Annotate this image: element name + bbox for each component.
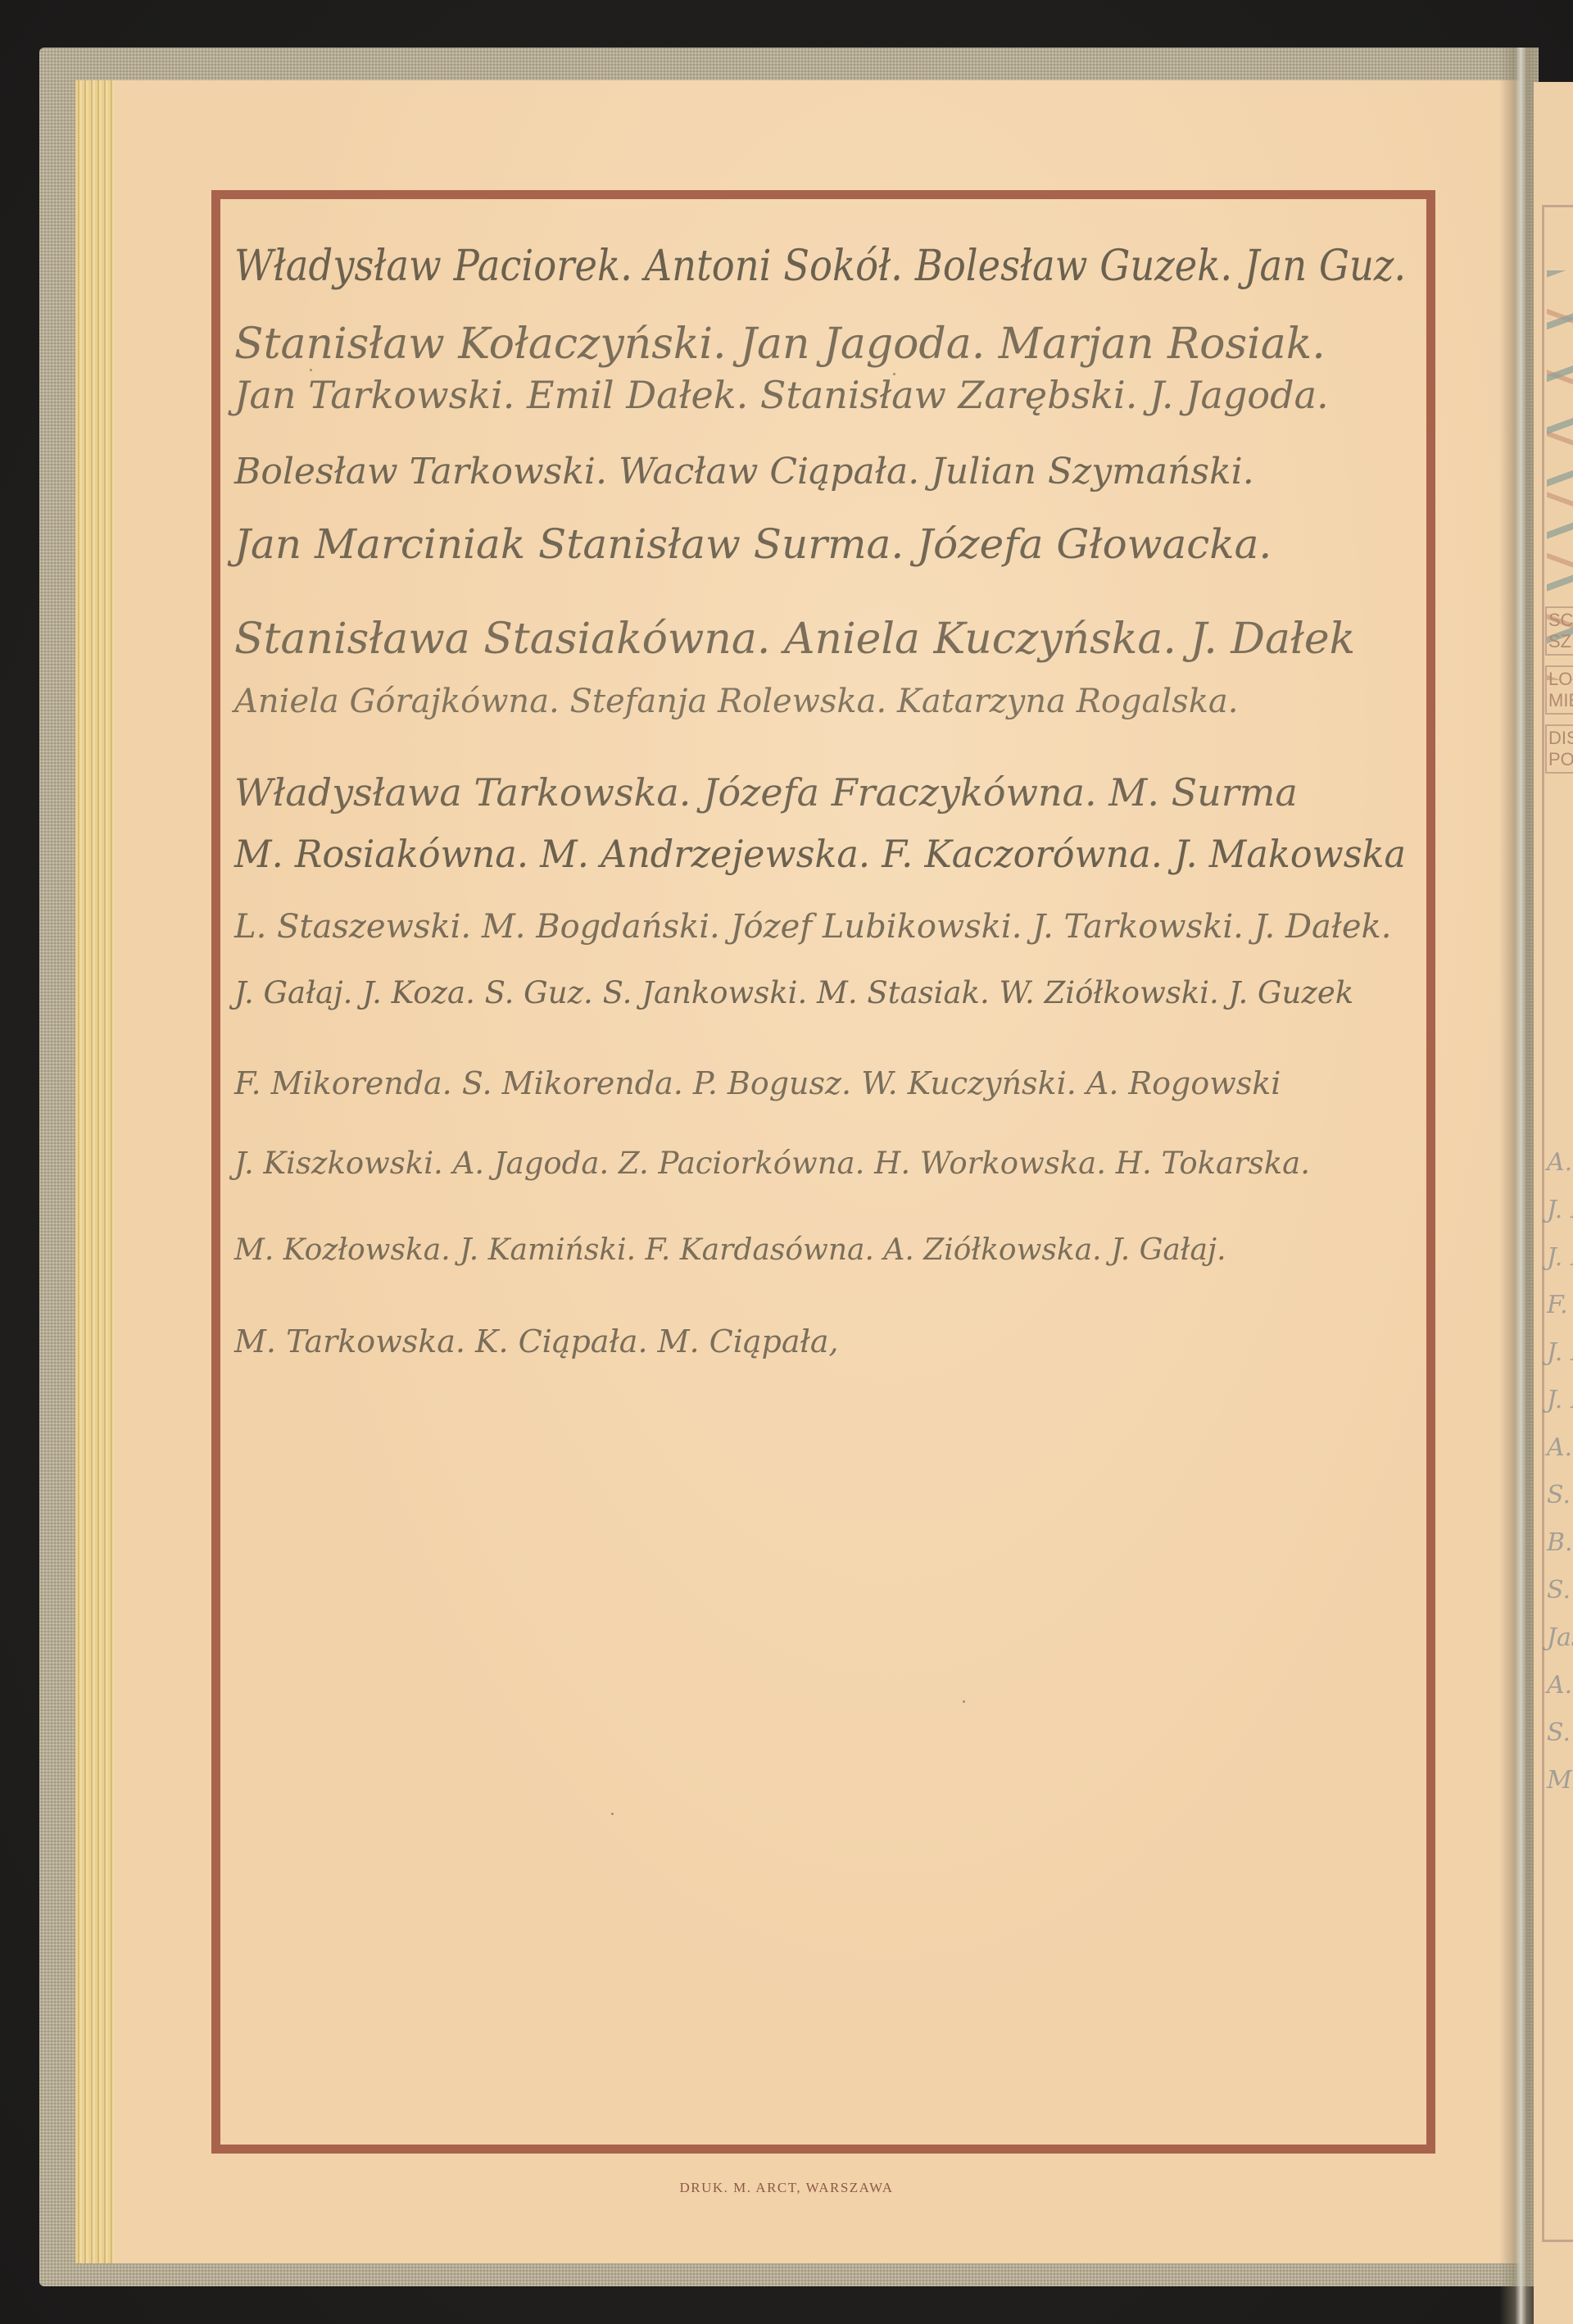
handwritten-line: Stanisław Kołaczyński. Jan Jagoda. Marja… [234, 320, 1326, 369]
facing-handwriting-fragment: J. Dy [1547, 1234, 1573, 1282]
paper-fleck [963, 1700, 965, 1703]
handwritten-line: L. Staszewski. M. Bogdański. Józef Lubik… [234, 908, 1391, 946]
facing-page-handwriting: A. WoJ. KoJ. DyF. GrJ. KuJ. KA. RS. TB. … [1547, 1139, 1573, 1804]
paper-fleck [310, 369, 312, 371]
handwritten-line: J. Kiszkowski. A. Jagoda. Z. Paciorkówna… [234, 1146, 1310, 1181]
printer-imprint: DRUK. M. ARCT, WARSZAWA [0, 2180, 1573, 2196]
facing-handwriting-fragment: S. T [1547, 1472, 1573, 1519]
book-gutter [1499, 48, 1539, 2324]
handwritten-line: Władysława Tarkowska. Józefa Fraczykówna… [234, 770, 1298, 815]
handwritten-line: Bolesław Tarkowski. Wacław Ciąpała. Juli… [234, 451, 1254, 492]
facing-handwriting-fragment: J. K [1547, 1377, 1573, 1424]
facing-handwriting-fragment: S. Ja [1547, 1709, 1573, 1757]
facing-page-edge: SCHOSZKO LOCAMIEJS DISTRPOW A. WoJ. KoJ.… [1534, 82, 1573, 2324]
handwritten-line: Stanisława Stasiakówna. Aniela Kuczyńska… [234, 615, 1355, 664]
facing-handwriting-fragment: Jas [1547, 1614, 1573, 1662]
facing-handwriting-fragment: A. G [1547, 1662, 1573, 1709]
handwritten-line: M. Tarkowska. K. Ciąpała. M. Ciąpała, [234, 1323, 839, 1359]
handwritten-line: M. Rosiakówna. M. Andrzejewska. F. Kaczo… [234, 832, 1406, 876]
handwritten-line: Jan Marciniak Stanisław Surma. Józefa Gł… [234, 520, 1272, 568]
gilt-page-edges [75, 80, 116, 2263]
facing-handwriting-fragment: M. Mi [1547, 1757, 1573, 1804]
facing-handwriting-fragment: J. Ko [1547, 1187, 1573, 1234]
facing-page-labels: SCHOSZKO LOCAMIEJS DISTRPOW [1545, 606, 1573, 783]
facing-label-district: DISTRPOW [1545, 724, 1573, 774]
facing-label-location: LOCAMIEJS [1545, 665, 1573, 715]
facing-handwriting-fragment: A. Wo [1547, 1139, 1573, 1187]
handwritten-line: Władysław Paciorek. Antoni Sokół. Bolesł… [234, 242, 1406, 291]
handwritten-line: M. Kozłowska. J. Kamiński. F. Kardasówna… [234, 1233, 1226, 1267]
facing-handwriting-fragment: F. Gr [1547, 1282, 1573, 1329]
handwritten-line: J. Gałaj. J. Koza. S. Guz. S. Jankowski.… [234, 975, 1353, 1010]
facing-handwriting-fragment: A. R [1547, 1424, 1573, 1472]
handwritten-line: Jan Tarkowski. Emil Dałek. Stanisław Zar… [234, 373, 1329, 417]
paper-fleck [893, 373, 895, 375]
facing-label-school: SCHOSZKO [1545, 606, 1573, 656]
facing-handwriting-fragment: B. M [1547, 1519, 1573, 1567]
handwritten-line: Aniela Górajkówna. Stefanja Rolewska. Ka… [234, 683, 1239, 720]
facing-handwriting-fragment: J. Ku [1547, 1329, 1573, 1377]
handwritten-line: F. Mikorenda. S. Mikorenda. P. Bogusz. W… [234, 1065, 1281, 1101]
facing-handwriting-fragment: S. Y [1547, 1567, 1573, 1614]
paper-fleck [611, 1813, 614, 1815]
